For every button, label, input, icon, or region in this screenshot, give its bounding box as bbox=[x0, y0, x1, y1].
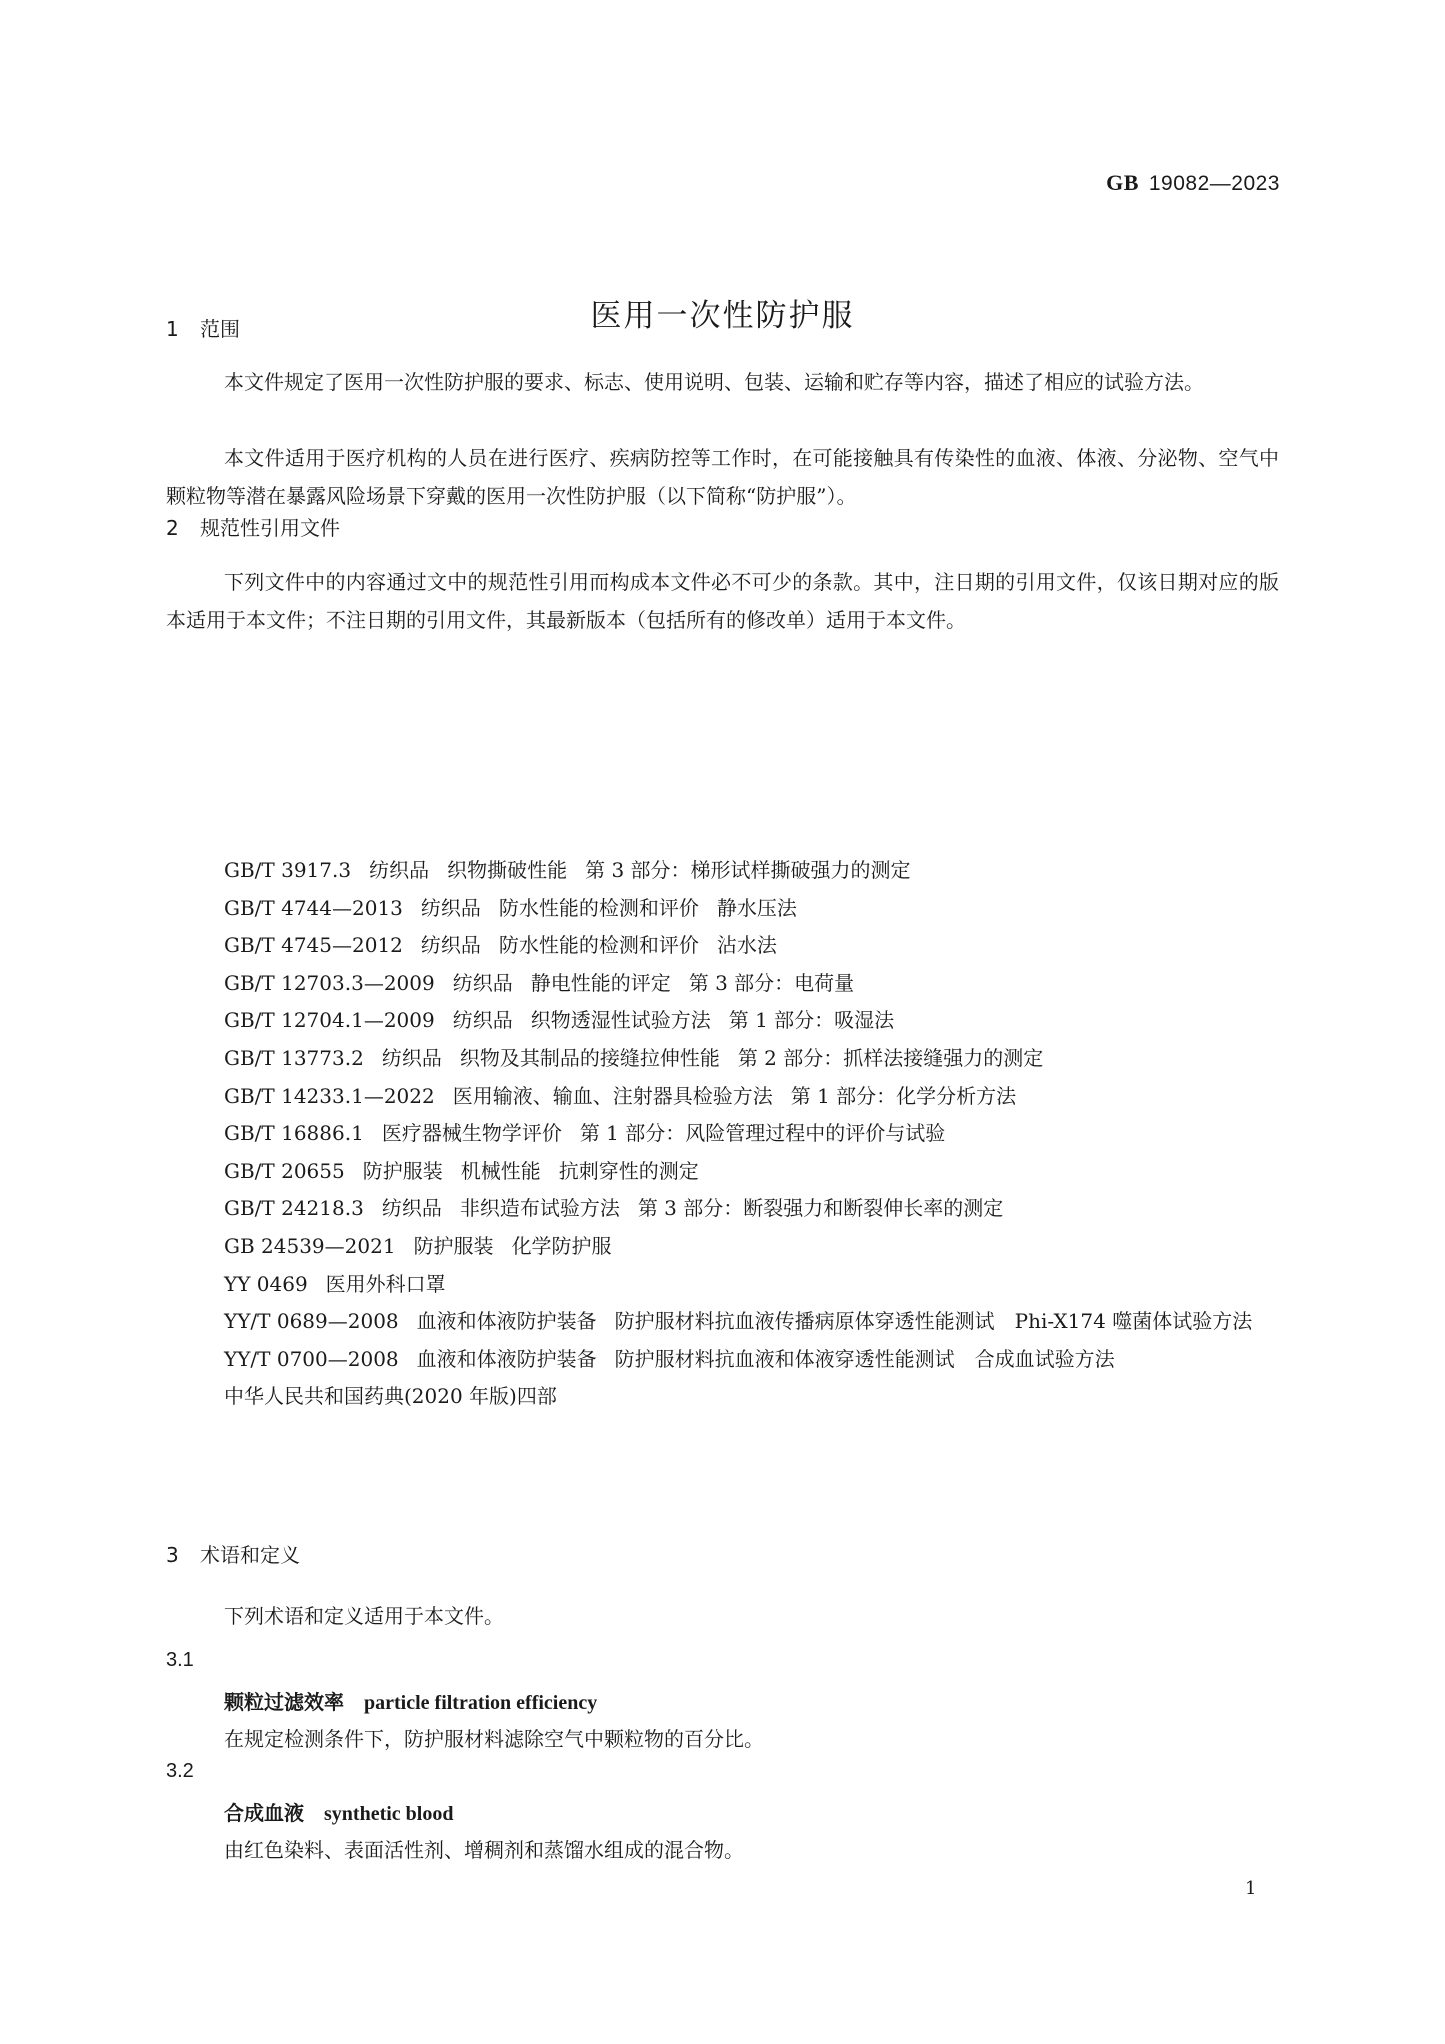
standard-code: 19082—2023 bbox=[1149, 172, 1280, 195]
term-name: 合成血液synthetic blood bbox=[224, 1797, 453, 1826]
section-number: 3 bbox=[166, 1543, 200, 1567]
reference-item: GB/T 14233.1—2022医用输液、输血、注射器具检验方法第 1 部分：… bbox=[166, 1078, 1279, 1116]
reference-item: GB/T 12704.1—2009纺织品织物透湿性试验方法第 1 部分：吸湿法 bbox=[166, 1002, 1279, 1040]
reference-item: GB 24539—2021防护服装化学防护服 bbox=[166, 1228, 1279, 1266]
reference-item: GB/T 4744—2013纺织品防水性能的检测和评价静水压法 bbox=[166, 890, 1279, 928]
reference-item: GB/T 3917.3纺织品织物撕破性能第 3 部分：梯形试样撕破强力的测定 bbox=[166, 852, 1279, 890]
section-title: 规范性引用文件 bbox=[200, 516, 340, 540]
reference-item: YY/T 0689—2008血液和体液防护装备防护服材料抗血液传播病原体穿透性能… bbox=[166, 1303, 1279, 1341]
term-number: 3.1 bbox=[166, 1649, 194, 1672]
term-name-en: particle filtration efficiency bbox=[364, 1692, 597, 1714]
term-number: 3.2 bbox=[166, 1760, 194, 1783]
reference-item: GB/T 16886.1医疗器械生物学评价第 1 部分：风险管理过程中的评价与试… bbox=[166, 1115, 1279, 1153]
reference-item: GB/T 24218.3纺织品非织造布试验方法第 3 部分：断裂强力和断裂伸长率… bbox=[166, 1190, 1279, 1228]
standard-number: GB19082—2023 bbox=[1106, 170, 1280, 196]
term-name-en: synthetic blood bbox=[324, 1803, 453, 1825]
section-title: 范围 bbox=[200, 317, 240, 341]
section-number: 1 bbox=[166, 317, 200, 341]
page-number: 1 bbox=[1245, 1878, 1256, 1899]
term-definition: 在规定检测条件下，防护服材料滤除空气中颗粒物的百分比。 bbox=[224, 1723, 764, 1752]
term-name-zh: 合成血液 bbox=[224, 1801, 304, 1825]
paragraph: 下列术语和定义适用于本文件。 bbox=[166, 1597, 1279, 1635]
reference-list: GB/T 3917.3纺织品织物撕破性能第 3 部分：梯形试样撕破强力的测定 G… bbox=[166, 852, 1279, 1416]
term-name-zh: 颗粒过滤效率 bbox=[224, 1690, 344, 1714]
section-heading-scope: 1范围 bbox=[166, 313, 240, 342]
document-page: GB19082—2023 医用一次性防护服 1范围 本文件规定了医用一次性防护服… bbox=[0, 0, 1445, 2044]
term-name: 颗粒过滤效率particle filtration efficiency bbox=[224, 1686, 597, 1715]
reference-item: GB/T 4745—2012纺织品防水性能的检测和评价沾水法 bbox=[166, 927, 1279, 965]
standard-prefix: GB bbox=[1106, 170, 1139, 195]
paragraph: 本文件规定了医用一次性防护服的要求、标志、使用说明、包装、运输和贮存等内容，描述… bbox=[166, 363, 1279, 401]
section-title: 术语和定义 bbox=[200, 1543, 300, 1567]
reference-item: GB/T 20655防护服装机械性能抗刺穿性的测定 bbox=[166, 1153, 1279, 1191]
reference-item: YY/T 0700—2008血液和体液防护装备防护服材料抗血液和体液穿透性能测试… bbox=[166, 1341, 1279, 1379]
section-heading-normative-references: 2规范性引用文件 bbox=[166, 512, 340, 541]
paragraph: 本文件适用于医疗机构的人员在进行医疗、疾病防控等工作时，在可能接触具有传染性的血… bbox=[166, 439, 1279, 515]
term-definition: 由红色染料、表面活性剂、增稠剂和蒸馏水组成的混合物。 bbox=[224, 1834, 744, 1863]
reference-item: YY 0469医用外科口罩 bbox=[166, 1266, 1279, 1304]
reference-item: GB/T 12703.3—2009纺织品静电性能的评定第 3 部分：电荷量 bbox=[166, 965, 1279, 1003]
section-heading-terms-definitions: 3术语和定义 bbox=[166, 1539, 300, 1568]
reference-item: 中华人民共和国药典(2020 年版)四部 bbox=[166, 1378, 1279, 1416]
paragraph: 下列文件中的内容通过文中的规范性引用而构成本文件必不可少的条款。其中，注日期的引… bbox=[166, 563, 1279, 639]
section-number: 2 bbox=[166, 516, 200, 540]
reference-item: GB/T 13773.2纺织品织物及其制品的接缝拉伸性能第 2 部分：抓样法接缝… bbox=[166, 1040, 1279, 1078]
